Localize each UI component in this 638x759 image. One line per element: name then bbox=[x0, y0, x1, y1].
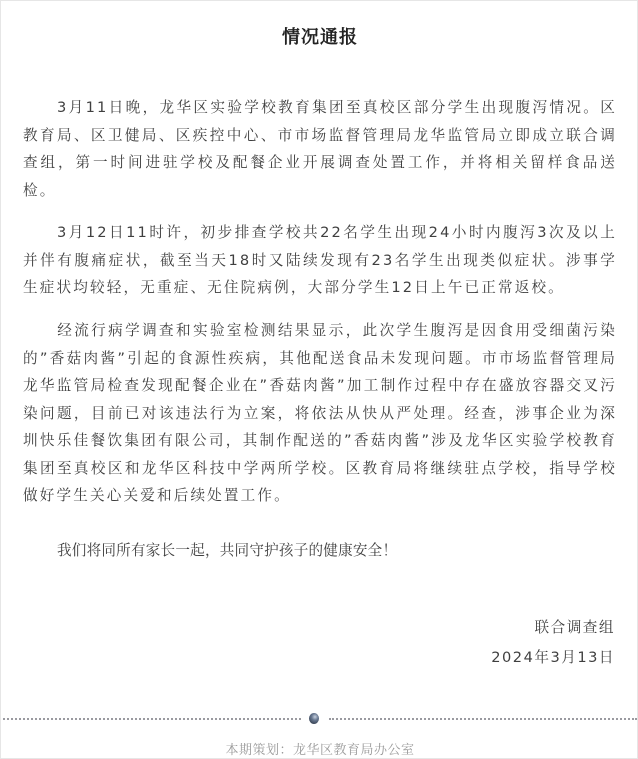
bead-icon bbox=[309, 713, 319, 724]
paragraph-text: 3月12日11时许，初步排查学校共22名学生出现24小时内腹泻3次及以上并伴有腹… bbox=[23, 224, 617, 296]
paragraph-text: 经流行病学调查和实验室检测结果显示，此次学生腹泻是因食用受细菌污染的”香菇肉酱”… bbox=[23, 322, 617, 504]
paragraph-4: 我们将同所有家长一起，共同守护孩子的健康安全！ bbox=[23, 537, 617, 565]
paragraph-2: 3月12日11时许，初步排查学校共22名学生出现24小时内腹泻3次及以上并伴有腹… bbox=[23, 219, 617, 302]
footer-credit: 本期策划：龙华区教育局办公室 bbox=[1, 739, 638, 758]
dotted-line-left bbox=[3, 718, 301, 720]
page-title: 情况通报 bbox=[1, 23, 638, 49]
paragraph-3: 经流行病学调查和实验室检测结果显示，此次学生腹泻是因食用受细菌污染的”香菇肉酱”… bbox=[23, 317, 617, 510]
paragraph-text: 3月11日晚，龙华区实验学校教育集团至真校区部分学生出现腹泻情况。区教育局、区卫… bbox=[23, 99, 617, 199]
signature-organization: 联合调查组 bbox=[535, 616, 615, 637]
signature-date: 2024年3月13日 bbox=[491, 646, 615, 667]
paragraph-1: 3月11日晚，龙华区实验学校教育集团至真校区部分学生出现腹泻情况。区教育局、区卫… bbox=[23, 94, 617, 204]
notice-page: 情况通报 3月11日晚，龙华区实验学校教育集团至真校区部分学生出现腹泻情况。区教… bbox=[1, 1, 638, 759]
section-divider bbox=[1, 716, 638, 722]
paragraph-text: 我们将同所有家长一起，共同守护孩子的健康安全！ bbox=[57, 542, 397, 559]
dotted-line-right bbox=[329, 718, 637, 720]
